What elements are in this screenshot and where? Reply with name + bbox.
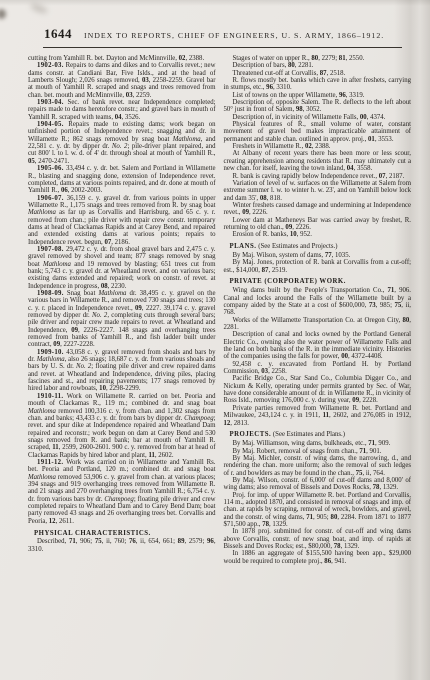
index-entry: By Maj. Robert, removal of snags from ch… (224, 448, 412, 455)
index-entry: 1902-03. Repairs to dams and dikes and t… (28, 62, 216, 99)
page-number: 1644 (44, 26, 72, 41)
index-entry: Private parties removed from Willamette … (224, 405, 412, 427)
index-entry: Description of, in vicinity of Willamett… (224, 114, 412, 121)
index-entry: 92,458 c. y. excavated from Portland H. … (224, 361, 412, 376)
index-entry: 1908-09. Snag boat Mathloma dr. 38,495 c… (28, 290, 216, 349)
section-heading: PHYSICAL CHARACTERISTICS. (28, 530, 216, 537)
index-entry: List of towns on the upper Willamette, 9… (224, 92, 412, 99)
index-entry: Lower dam at Matheneys Bar was carried a… (224, 217, 412, 232)
index-entry: Freshets in Willamette R., 02, 2388. (224, 143, 412, 150)
index-entry: 1910-11. Work on Willamette R. carried o… (28, 393, 216, 459)
index-entry: By Maj. Michler, constr. of wing dams, t… (224, 455, 412, 477)
index-entry: 1911-12. Work was carried on in Willamet… (28, 459, 216, 525)
index-entry: Physical features of R., small volume of… (224, 121, 412, 143)
index-entry: Stages of water on upper R., 80, 2279; 8… (224, 55, 412, 62)
index-entry: Wing dams built by the People's Transpor… (224, 287, 412, 316)
index-entry: By Maj. Williamson, wing dams, bulkheads… (224, 440, 412, 447)
index-entry: By Maj. Wilson, constr. of 6,000' of cut… (224, 477, 412, 492)
header-title: INDEX TO REPORTS, CHIEF OF ENGINEERS, U.… (84, 31, 384, 40)
index-entry: In 1886 an aggregate of $155,500 having … (224, 550, 412, 565)
index-entry: Variation of level of w. surfaces on the… (224, 180, 412, 202)
index-entry: Works of the Willamette Transportation C… (224, 317, 412, 332)
index-entry: R. bank is caving rapidly below Independ… (224, 173, 412, 180)
index-entry: 1906-07. 36,159 c. y. gravel dr. from va… (28, 195, 216, 246)
index-entry: Description of canal and locks owned by … (224, 331, 412, 360)
left-column: cutting from Yamhill R. bet. Dayton and … (28, 55, 216, 677)
index-entry: 1907-08. 29,472 c. y. dr. from shoal gra… (28, 246, 216, 290)
index-entry: 1905-06. 33,494 c. y. dr. bet. Salem and… (28, 165, 216, 194)
index-entry: By Maj. Wilson, system of dams, 77, 1035… (224, 252, 412, 259)
page-header: 1644INDEX TO REPORTS, CHIEF OF ENGINEERS… (44, 25, 404, 43)
index-entry: In 1878 proj. submitted for constr. of c… (224, 528, 412, 550)
index-entry: Threatened cut-off at Corvallis, 87, 251… (224, 70, 412, 77)
index-entry: At Albany of recent years there has been… (224, 150, 412, 172)
section-heading: PLANS. (See Estimates and Projects.) (224, 243, 412, 250)
header-rule (43, 47, 402, 48)
page-top-shadow (0, 0, 430, 6)
index-entry: Description of, opposite Salem. The R. d… (224, 99, 412, 114)
ink-smudge (0, 9, 6, 19)
scanned-page: 1644INDEX TO REPORTS, CHIEF OF ENGINEERS… (0, 0, 430, 680)
index-entry: Winter freshets caused damage and underm… (224, 202, 412, 217)
index-entry: 1903-04. Sec. of bank revet. near Indepe… (28, 99, 216, 121)
index-entry: cutting from Yamhill R. bet. Dayton and … (28, 55, 216, 62)
index-entry: By Maj. Jones, protection of R. bank at … (224, 259, 412, 274)
section-heading: PROJECTS. (See Estimates and Plans.) (224, 431, 412, 438)
right-column: Stages of water on upper R., 80, 2279; 8… (224, 55, 412, 677)
index-entry: Description of bars, 80, 2281. (224, 62, 412, 69)
index-entry: 1904-05. Repairs made to existing dams; … (28, 121, 216, 165)
section-heading: PRIVATE (CORPORATE) WORK. (224, 278, 412, 285)
index-entry: Described, 71, 906; 75, ii, 760; 76, ii,… (28, 538, 216, 553)
index-entry: 1909-10. 43,058 c. y. gravel removed fro… (28, 349, 216, 393)
index-entry: Proj. for imp. of upper Willamette R. be… (224, 492, 412, 529)
index-entry: Pacific Bridge Co., Star Sand Co., Colum… (224, 375, 412, 404)
text-columns: cutting from Yamhill R. bet. Dayton and … (28, 55, 411, 677)
index-entry: R. flows mostly bet. banks which cave in… (224, 77, 412, 92)
index-entry: Erosion of R. banks, 10, 952. (224, 231, 412, 238)
